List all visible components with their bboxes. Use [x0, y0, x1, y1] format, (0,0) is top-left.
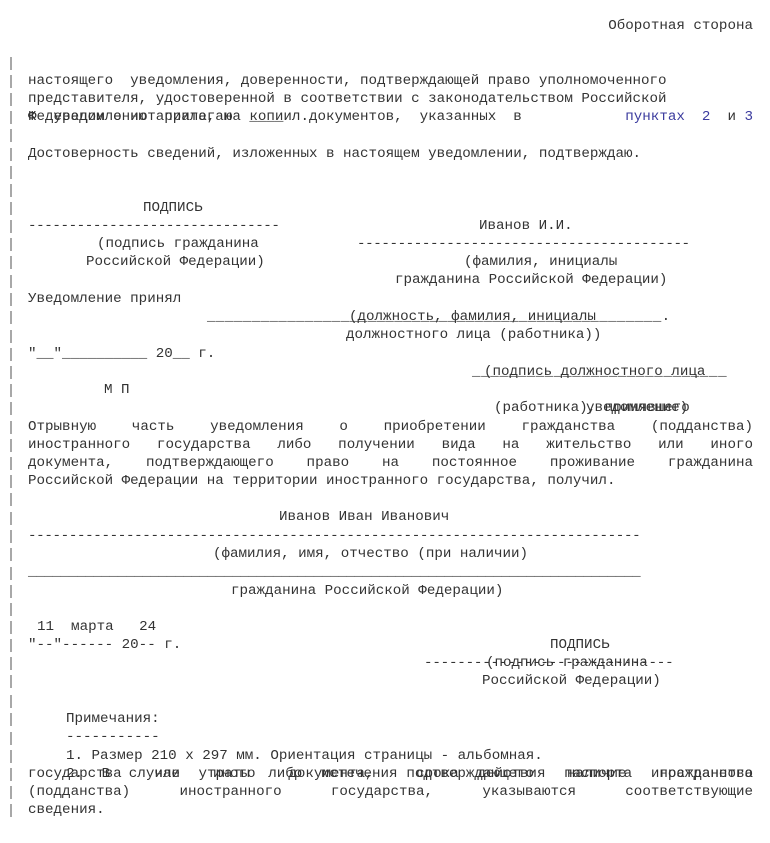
- margin-bar: [10, 804, 12, 817]
- margin-bar: [10, 713, 12, 726]
- margin-bar: [10, 750, 12, 763]
- margin-bar: [10, 567, 12, 580]
- attachment-line-3: представителя, удостоверенной в соответс…: [28, 90, 753, 108]
- margin-bar: [10, 166, 12, 179]
- note-item-2-line-4: сведения.: [28, 801, 753, 819]
- side-label: Оборотная сторона: [608, 17, 753, 35]
- attachment-line-2: настоящего уведомления, доверенности, по…: [28, 72, 753, 90]
- margin-bar: [10, 111, 12, 124]
- margin-bar: [10, 786, 12, 799]
- margin-bar: [10, 293, 12, 306]
- margin-bar: [10, 695, 12, 708]
- margin-bar: [10, 184, 12, 197]
- tear-off-line-2: иностранного государства либо получении …: [28, 436, 753, 454]
- attachment-line-1: К уведомлению прилагаю копии документов,…: [0, 54, 770, 72]
- margin-bar: [10, 238, 12, 251]
- margin-bar: [10, 639, 12, 652]
- margin-bar: [10, 220, 12, 233]
- margin-bar: [10, 585, 12, 598]
- margin-bar: [10, 530, 12, 543]
- margin-bar: [10, 675, 12, 688]
- margin-bar: [10, 202, 12, 215]
- margin-bar: [10, 57, 12, 70]
- margin-bar: [10, 768, 12, 781]
- margin-bar: [10, 512, 12, 525]
- margin-bar: [10, 348, 12, 361]
- margin-bar: [10, 366, 12, 379]
- tear-off-line-4: Российской Федерации на территории иност…: [28, 472, 753, 490]
- margin-bar: [10, 548, 12, 561]
- margin-bar: [10, 457, 12, 470]
- margin-bar: [10, 657, 12, 670]
- tear-off-line-1: Отрывную часть уведомления о приобретени…: [28, 418, 753, 436]
- margin-bar: [10, 603, 12, 616]
- confirmation-text: Достоверность сведений, изложенных в нас…: [28, 145, 753, 163]
- margin-bar: [10, 148, 12, 161]
- note-item-2-line-2: государства или иного документа, подтвер…: [28, 765, 753, 783]
- margin-bar: [10, 384, 12, 397]
- tear-off-line-3: документа, подтверждающего право на пост…: [28, 454, 753, 472]
- margin-bar: [10, 275, 12, 288]
- margin-bar: [10, 129, 12, 142]
- margin-bar: [10, 732, 12, 745]
- margin-bar: [10, 256, 12, 269]
- margin-bar: [10, 439, 12, 452]
- margin-bar: [10, 75, 12, 88]
- margin-bar: [10, 93, 12, 106]
- attachment-line-4: Федерации о нотариате, на ____ л.: [28, 108, 753, 126]
- note-item-2-line-3: (подданства) иностранного государства, у…: [28, 783, 753, 801]
- margin-bar: [10, 475, 12, 488]
- margin-bar: [10, 311, 12, 324]
- margin-bar: [10, 493, 12, 506]
- margin-bar: [10, 402, 12, 415]
- margin-bar: [10, 621, 12, 634]
- margin-bar: [10, 421, 12, 434]
- margin-bar: [10, 330, 12, 343]
